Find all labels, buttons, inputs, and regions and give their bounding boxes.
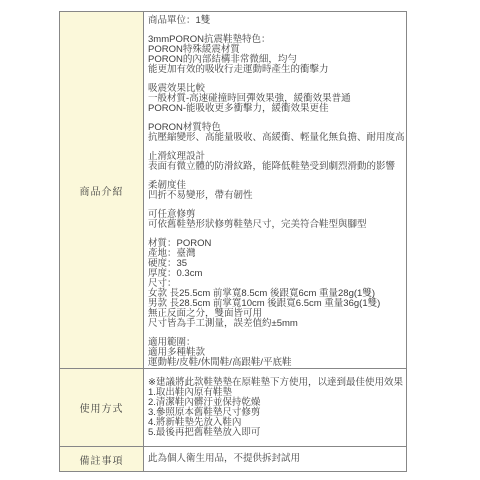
table-row: 商品介紹商品單位：1雙3mmPORON抗震鞋墊特色：PORON特殊緩震材質POR… — [60, 12, 406, 368]
paragraph: 柔韌度佳凹折不易變形，帶有韌性 — [148, 181, 403, 201]
text-line: 凹折不易變形，帶有韌性 — [148, 191, 403, 201]
paragraph: 此為個人衛生用品，不提供拆封試用 — [148, 454, 300, 464]
paragraph: 止滑紋理設計表面有微立體的防滑紋路，能降低鞋墊受到劇烈滑動的影響 — [148, 152, 403, 172]
table-row: 使用方式※建議將此款鞋墊墊在原鞋墊下方使用，以達到最佳使用效果1.取出鞋內原有鞋… — [60, 368, 406, 446]
text-line: 能更加有效的吸收行走運動時產生的衝擊力 — [148, 65, 403, 75]
text-line: 商品單位：1雙 — [148, 16, 403, 26]
paragraph: ※建議將此款鞋墊墊在原鞋墊下方使用，以達到最佳使用效果1.取出鞋內原有鞋墊2.清… — [148, 378, 403, 438]
section-label: 備註事項 — [60, 447, 144, 471]
paragraph: 商品單位：1雙 — [148, 16, 403, 26]
table-row: 備註事項此為個人衛生用品，不提供拆封試用 — [60, 446, 406, 471]
text-line: 可依舊鞋墊形狀修剪鞋墊尺寸，完美符合鞋型與腳型 — [148, 220, 403, 230]
text-line: 尺寸皆為手工測量，誤差值約±5mm — [148, 319, 403, 329]
text-line: 此為個人衛生用品，不提供拆封試用 — [148, 454, 300, 464]
product-spec-table: 商品介紹商品單位：1雙3mmPORON抗震鞋墊特色：PORON特殊緩震材質POR… — [59, 11, 407, 472]
product-description-page: 商品介紹商品單位：1雙3mmPORON抗震鞋墊特色：PORON特殊緩震材質POR… — [0, 0, 480, 480]
section-content: 此為個人衛生用品，不提供拆封試用 — [144, 447, 406, 471]
text-line: PORON-能吸收更多衝擊力，緩衝效果更佳 — [148, 104, 403, 114]
paragraph: 3mmPORON抗震鞋墊特色：PORON特殊緩震材質PORON的內部結構非常微細… — [148, 35, 403, 75]
text-line: 5.最後再把舊鞋墊放入即可 — [148, 428, 403, 438]
text-line: 抗壓縮變形、高能量吸收、高緩衝、輕量化無負擔、耐用度高 — [148, 133, 403, 143]
section-content: 商品單位：1雙3mmPORON抗震鞋墊特色：PORON特殊緩震材質PORON的內… — [144, 12, 406, 368]
paragraph: PORON材質特色抗壓縮變形、高能量吸收、高緩衝、輕量化無負擔、耐用度高 — [148, 123, 403, 143]
section-content: ※建議將此款鞋墊墊在原鞋墊下方使用，以達到最佳使用效果1.取出鞋內原有鞋墊2.清… — [144, 369, 406, 446]
text-line: 厚度：0.3cm — [148, 269, 403, 279]
paragraph: 適用範圍：適用多種鞋款運動鞋/皮鞋/休閒鞋/高跟鞋/平底鞋 — [148, 338, 403, 368]
paragraph: 吸震效果比較一般材質-高速碰撞時回彈效果強，緩衝效果普通PORON-能吸收更多衝… — [148, 84, 403, 114]
section-label: 使用方式 — [60, 369, 144, 446]
paragraph: 材質：PORON產地：臺灣硬度：35厚度：0.3cm尺寸：女款 長25.5cm … — [148, 239, 403, 329]
paragraph: 可任意修剪可依舊鞋墊形狀修剪鞋墊尺寸，完美符合鞋型與腳型 — [148, 210, 403, 230]
section-label: 商品介紹 — [60, 12, 144, 368]
text-line: 運動鞋/皮鞋/休閒鞋/高跟鞋/平底鞋 — [148, 358, 403, 368]
text-line: 表面有微立體的防滑紋路，能降低鞋墊受到劇烈滑動的影響 — [148, 162, 403, 172]
